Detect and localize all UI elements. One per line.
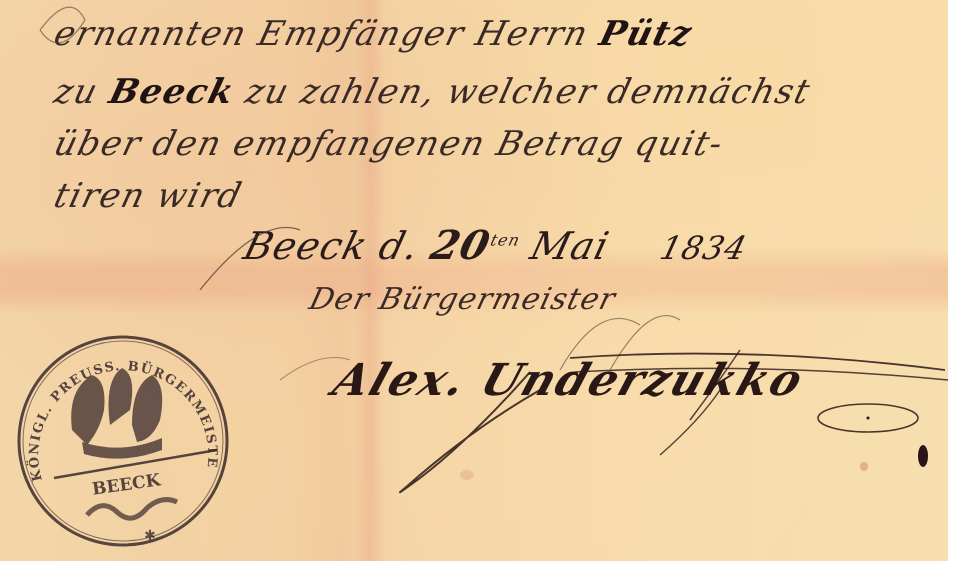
date-month: Mai (526, 224, 614, 268)
stamp-center-text: BEECK (91, 470, 163, 500)
name-puetz: Pütz (595, 14, 696, 54)
signature: Alex. Underzukko (327, 355, 811, 406)
eagle-icon (71, 368, 162, 459)
line-3-text: über den empfangenen Betrag quit- (50, 124, 728, 164)
ink-blot (918, 445, 928, 467)
line-1-text: ernannten Empfänger Herrn (50, 14, 605, 54)
date-place: Beeck d. (239, 224, 424, 268)
date-line: Beeck d. 20ten Mai 1834 (239, 222, 753, 269)
date-day-suffix: ten (489, 230, 523, 249)
official-seal-stamp: KÖNIGL. PREUSS. BÜRGERMEISTEREI AMT BEEC… (12, 330, 234, 552)
paper-stain (460, 470, 474, 480)
place-beeck: Beeck (105, 72, 239, 112)
text-line-4: tiren wird (50, 176, 247, 216)
star-icon: ✱ (144, 529, 156, 544)
text-line-3: über den empfangenen Betrag quit- (50, 124, 728, 164)
line-4-text: tiren wird (50, 176, 247, 216)
signatory-title: Der Bürgermeister (306, 282, 620, 317)
paper-stain (860, 462, 868, 471)
date-year: 1834 (656, 229, 751, 267)
text-line-2: zu Beeck zu zahlen, welcher demnächst (50, 72, 815, 112)
text-line-1: ernannten Empfänger Herrn Pütz (50, 14, 697, 54)
date-day: 20 (426, 222, 495, 269)
line-2-text: zu zahlen, welcher demnächst (229, 72, 815, 112)
